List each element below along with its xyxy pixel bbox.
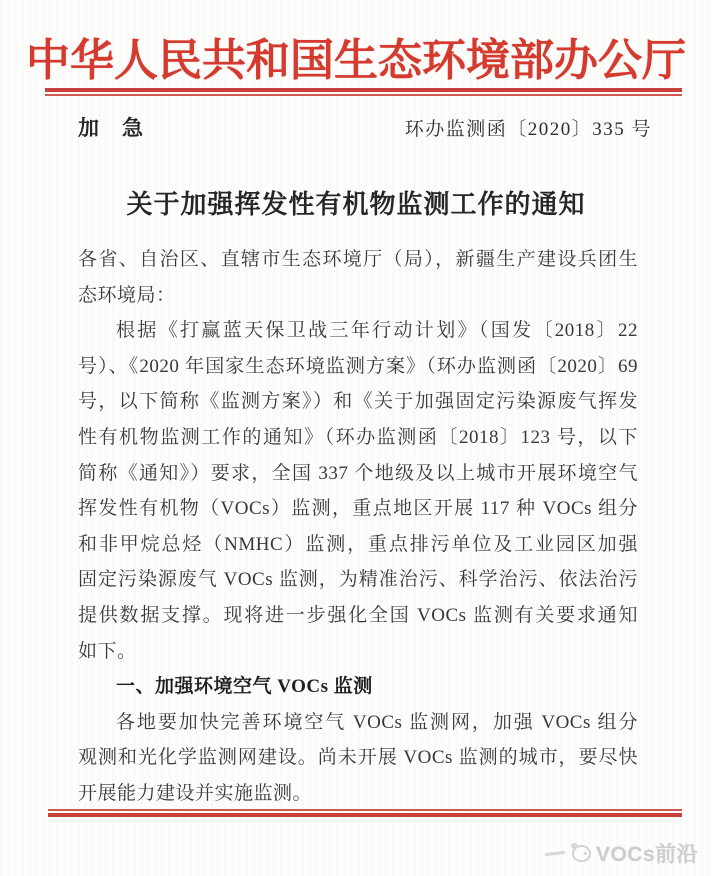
body-line: 态环境局： [78,278,638,314]
section-heading: 一、加强环境空气 VOCs 监测 [78,669,638,705]
body-line: 简称《通知》）要求，全国 337 个地级及以上城市开展环境空气 [78,456,638,492]
body-line: 开展能力建设并实施监测。 [78,776,638,812]
body-line: 固定污染源废气 VOCs 监测，为精准治污、科学治污、依法治污 [78,562,638,598]
body-line: 根据《打赢蓝天保卫战三年行动计划》（国发〔2018〕22 [78,313,638,349]
letterhead-divider [45,88,682,96]
watermark-logo-icon [572,845,591,862]
footer-divider [48,809,682,817]
divider-thick-line [48,813,682,817]
body-line: 号）、《2020 年国家生态环境监测方案》（环办监测函〔2020〕69 [78,349,638,385]
body-line: 各省、自治区、直辖市生态环境厅（局），新疆生产建设兵团生 [78,242,638,278]
body-line: 如下。 [78,634,638,670]
watermark-dash-icon [545,850,565,855]
divider-thin-line [45,94,682,96]
body-line: 各地要加快完善环境空气 VOCs 监测网，加强 VOCs 组分 [78,705,638,741]
document-page: 中华人民共和国生态环境部办公厅 加 急 环办监测函〔2020〕335 号 关于加… [0,0,712,876]
body-line: 观测和光化学监测网建设。尚未开展 VOCs 监测的城市，要尽快 [78,740,638,776]
watermark-label: VOCs前沿 [596,838,698,868]
letterhead-title: 中华人民共和国生态环境部办公厅 [0,24,712,88]
body-line: 挥发性有机物（VOCs）监测，重点地区开展 117 种 VOCs 组分 [78,491,638,527]
body-line: 号，以下简称《监测方案》）和《关于加强固定污染源废气挥发 [78,384,638,420]
urgency-label: 加 急 [78,112,144,142]
body-line: 性有机物监测工作的通知》（环办监测函〔2018〕123 号，以下 [78,420,638,456]
body-line: 提供数据支撑。现将进一步强化全国 VOCs 监测有关要求通知 [78,598,638,634]
body-line: 和非甲烷总烃（NMHC）监测，重点排污单位及工业园区加强 [78,527,638,563]
document-meta-row: 加 急 环办监测函〔2020〕335 号 [78,112,652,142]
watermark: VOCs前沿 [545,838,698,868]
notice-body: 各省、自治区、直辖市生态环境厅（局），新疆生产建设兵团生态环境局：根据《打赢蓝天… [78,242,638,812]
document-number: 环办监测函〔2020〕335 号 [405,114,652,141]
notice-title: 关于加强挥发性有机物监测工作的通知 [0,184,712,221]
